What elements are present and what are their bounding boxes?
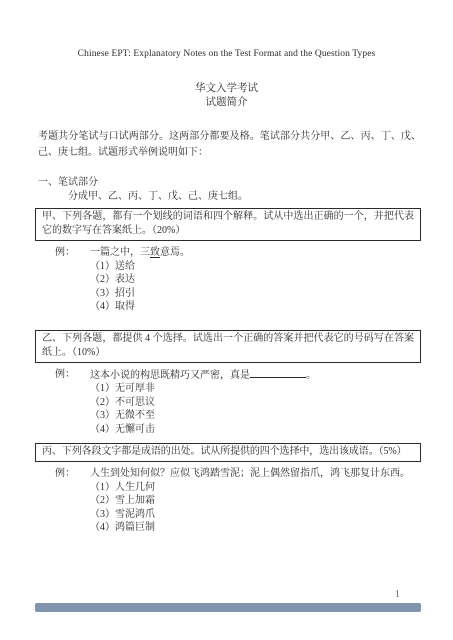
stem-blank-line xyxy=(250,368,306,378)
stem-text-pre: 这本小说的构思既精巧又严密，真是 xyxy=(90,370,250,381)
example-label: 例： xyxy=(55,246,90,314)
document-title-english: Chinese EPT: Explanatory Notes on the Te… xyxy=(0,0,453,59)
document-page: Chinese EPT: Explanatory Notes on the Te… xyxy=(0,0,453,640)
stem-text-post: 意焉。 xyxy=(160,247,190,258)
example-bing: 例： 人生到处知何似？应似飞鸿踏雪泥；泥上偶然留指爪，鸿飞那复计东西。 （1）人… xyxy=(55,467,421,535)
example-body: 人生到处知何似？应似飞鸿踏雪泥；泥上偶然留指爪，鸿飞那复计东西。 （1）人生几何… xyxy=(90,467,421,535)
option-item: （4）鸿篇巨制 xyxy=(90,521,421,535)
option-item: （3）招引 xyxy=(90,287,421,301)
example-stem: 一篇之中，三致意焉。 xyxy=(90,246,421,260)
example-jia: 例： 一篇之中，三致意焉。 （1）送给 （2）表达 （3）招引 （4）取得 xyxy=(55,246,421,314)
stem-text-pre: 一篇之中，三 xyxy=(90,247,150,258)
example-yi: 例： 这本小说的构思既精巧又严密，真是。 （1）无可厚非 （2）不可思议 （3）… xyxy=(55,368,421,437)
example-stem: 这本小说的构思既精巧又严密，真是。 xyxy=(90,368,421,383)
document-subtitle: 试题简介 xyxy=(0,96,453,110)
example-label: 例： xyxy=(55,368,90,437)
section-subheading-groups: 分成甲、乙、丙、丁、戊、己、庚七组。 xyxy=(68,190,453,204)
option-item: （1）无可厚非 xyxy=(90,382,421,396)
option-item: （1）人生几何 xyxy=(90,481,421,495)
document-title-chinese: 华文入学考试 xyxy=(0,82,453,96)
option-item: （3）雪泥鸿爪 xyxy=(90,508,421,522)
example-body: 这本小说的构思既精巧又严密，真是。 （1）无可厚非 （2）不可思议 （3）无微不… xyxy=(90,368,421,437)
page-number: 1 xyxy=(395,589,400,600)
viewer-progress-bar xyxy=(35,603,421,612)
option-item: （4）无懈可击 xyxy=(90,423,421,437)
stem-text-post: 。 xyxy=(306,370,316,381)
example-body: 一篇之中，三致意焉。 （1）送给 （2）表达 （3）招引 （4）取得 xyxy=(90,246,421,314)
option-item: （3）无微不至 xyxy=(90,409,421,423)
section-heading-written-test: 一、笔试部分 xyxy=(38,176,453,190)
option-item: （4）取得 xyxy=(90,300,421,314)
option-item: （2）不可思议 xyxy=(90,396,421,410)
option-item: （2）表达 xyxy=(90,273,421,287)
option-item: （2）雪上加霜 xyxy=(90,494,421,508)
stem-underlined-word: 致 xyxy=(150,247,160,258)
example-stem: 人生到处知何似？应似飞鸿踏雪泥；泥上偶然留指爪，鸿飞那复计东西。 xyxy=(90,467,421,481)
question-box-bing: 丙、下列各段文字都是成语的出处。试从所提供的四个选择中，选出该成语。（5%） xyxy=(35,443,421,462)
example-label: 例： xyxy=(55,467,90,535)
option-item: （1）送给 xyxy=(90,260,421,274)
intro-paragraph: 考题共分笔试与口试两部分。这两部分都要及格。笔试部分共分甲、乙、丙、丁、戊、己、… xyxy=(38,129,421,161)
question-box-jia: 甲、下列各题，都有一个划线的词语和四个解释。试从中选出正确的一个，并把代表它的数… xyxy=(35,208,421,241)
question-box-yi: 乙、下列各题，都提供 4 个选择。试选出一个正确的答案并把代表它的号码写在答案纸… xyxy=(35,330,421,363)
